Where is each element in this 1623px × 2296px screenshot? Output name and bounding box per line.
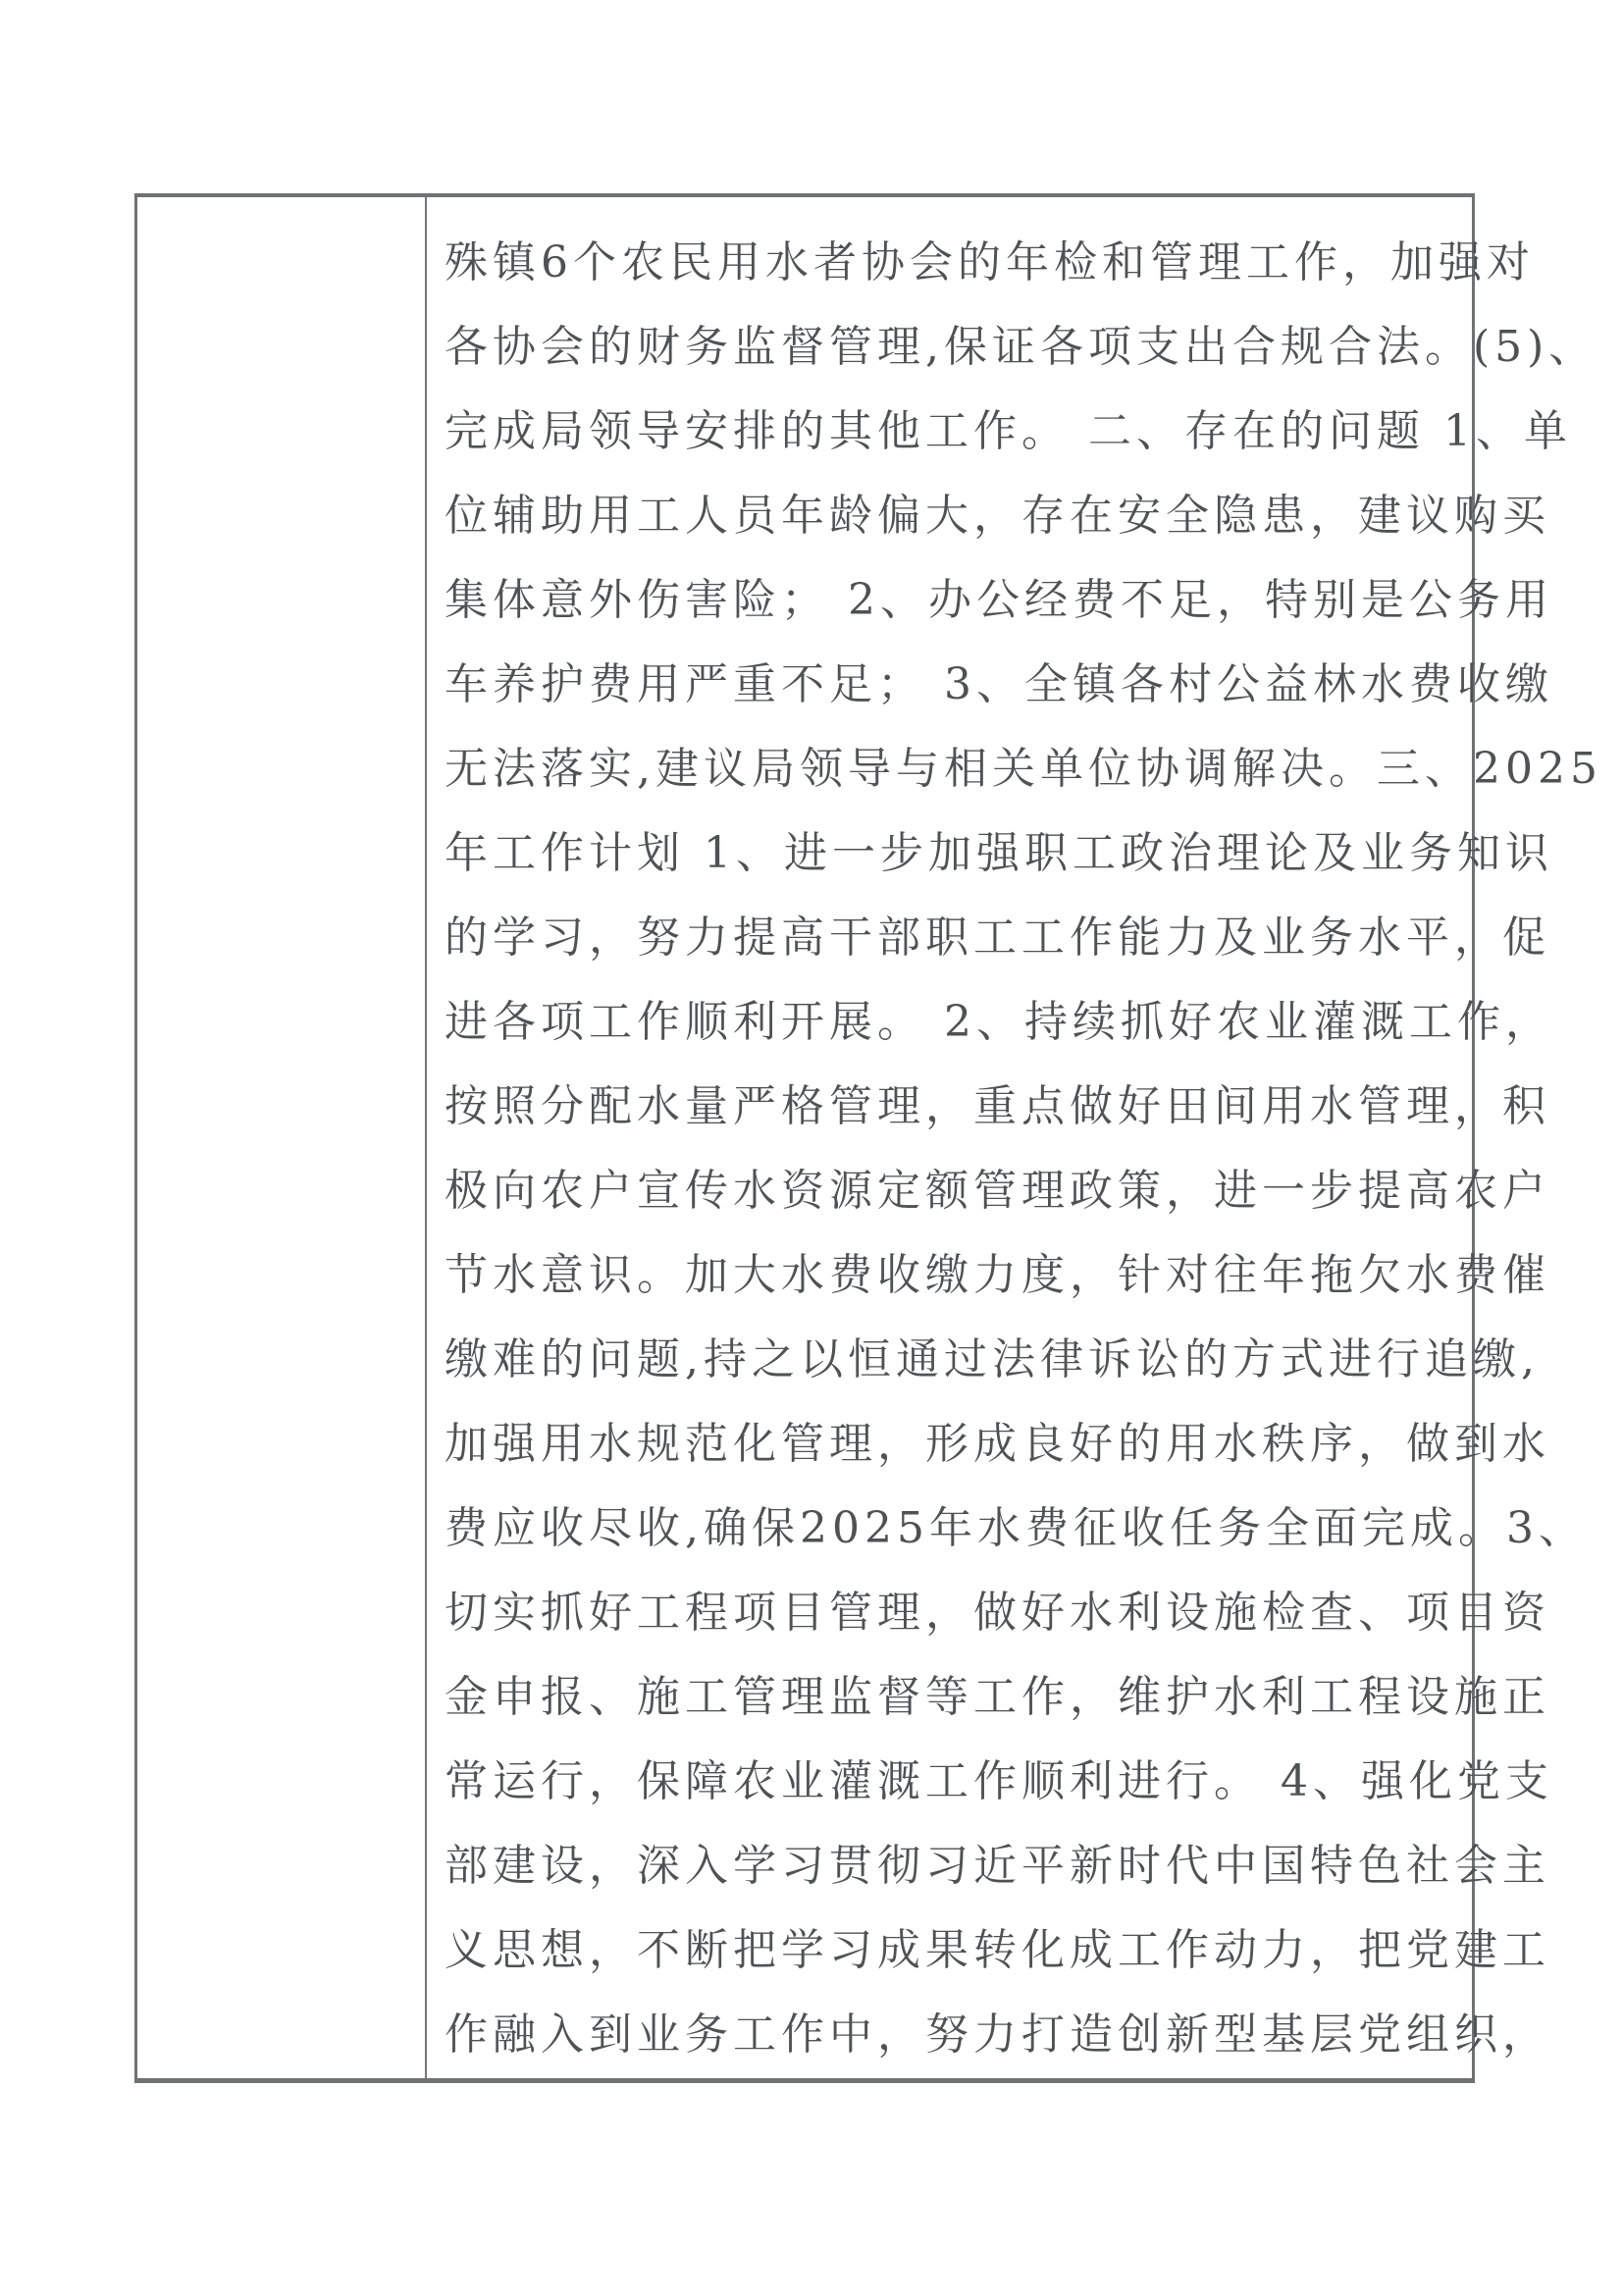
text-line: 节水意识。加大水费收缴力度，针对往年拖欠水费催 — [445, 1233, 1465, 1318]
text-line: 各协会的财务监督管理,保证各项支出合规合法。(5)、 — [445, 305, 1465, 390]
text-line: 殊镇6个农民用水者协会的年检和管理工作，加强对 — [445, 221, 1465, 305]
text-line: 义思想，不断把学习成果转化成工作动力，把党建工 — [445, 1908, 1465, 1993]
content-lines: 殊镇6个农民用水者协会的年检和管理工作，加强对 各协会的财务监督管理,保证各项支… — [445, 221, 1465, 2077]
text-line: 缴难的问题,持之以恒通过法律诉讼的方式进行追缴, — [445, 1318, 1465, 1402]
text-line: 按照分配水量严格管理，重点做好田间用水管理，积 — [445, 1065, 1465, 1149]
text-line: 年工作计划 1、进一步加强职工政治理论及业务知识 — [445, 811, 1465, 896]
table-content-cell: 殊镇6个农民用水者协会的年检和管理工作，加强对 各协会的财务监督管理,保证各项支… — [427, 197, 1472, 2078]
text-line: 集体意外伤害险； 2、办公经费不足，特别是公务用 — [445, 558, 1465, 643]
text-line: 车养护费用严重不足； 3、全镇各村公益林水费收缴 — [445, 643, 1465, 727]
document-table: 殊镇6个农民用水者协会的年检和管理工作，加强对 各协会的财务监督管理,保证各项支… — [134, 193, 1475, 2083]
text-line: 金申报、施工管理监督等工作，维护水利工程设施正 — [445, 1655, 1465, 1740]
text-line: 极向农户宣传水资源定额管理政策，进一步提高农户 — [445, 1149, 1465, 1233]
text-line: 无法落实,建议局领导与相关单位协调解决。三、2025 — [445, 727, 1465, 811]
text-line: 切实抓好工程项目管理，做好水利设施检查、项目资 — [445, 1571, 1465, 1655]
text-line: 位辅助用工人员年龄偏大，存在安全隐患，建议购买 — [445, 474, 1465, 558]
text-line: 作融入到业务工作中，努力打造创新型基层党组织， — [445, 1993, 1465, 2077]
text-line: 的学习，努力提高干部职工工作能力及业务水平，促 — [445, 896, 1465, 980]
text-line: 进各项工作顺利开展。 2、持续抓好农业灌溉工作， — [445, 980, 1465, 1065]
text-line: 费应收尽收,确保2025年水费征收任务全面完成。3、 — [445, 1487, 1465, 1571]
text-line: 完成局领导安排的其他工作。 二、存在的问题 1、单 — [445, 390, 1465, 474]
text-line: 常运行，保障农业灌溉工作顺利进行。 4、强化党支 — [445, 1740, 1465, 1824]
text-line: 加强用水规范化管理，形成良好的用水秩序，做到水 — [445, 1402, 1465, 1487]
table-label-cell — [137, 197, 427, 2078]
text-line: 部建设，深入学习贯彻习近平新时代中国特色社会主 — [445, 1824, 1465, 1908]
